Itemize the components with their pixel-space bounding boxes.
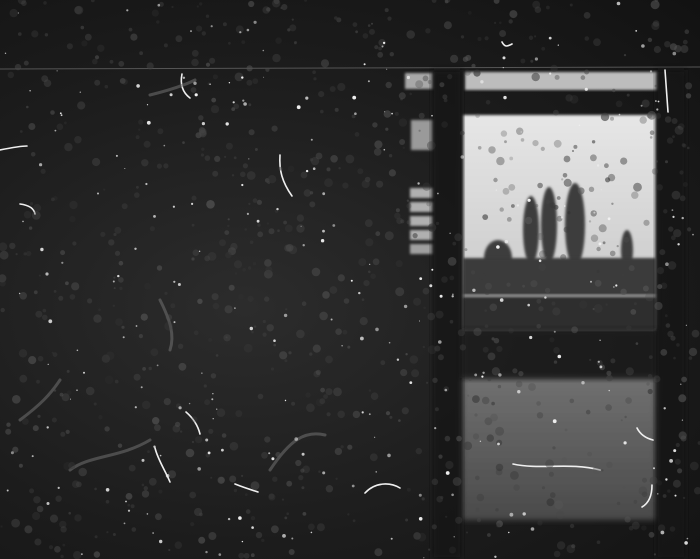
side-pane-slats <box>410 188 433 254</box>
film-scratch-line <box>0 67 700 69</box>
window-top-pane <box>465 72 657 90</box>
photo-scene <box>0 0 700 559</box>
photograph <box>0 0 700 559</box>
faint-hair-marks <box>20 80 325 470</box>
fence <box>463 294 656 298</box>
